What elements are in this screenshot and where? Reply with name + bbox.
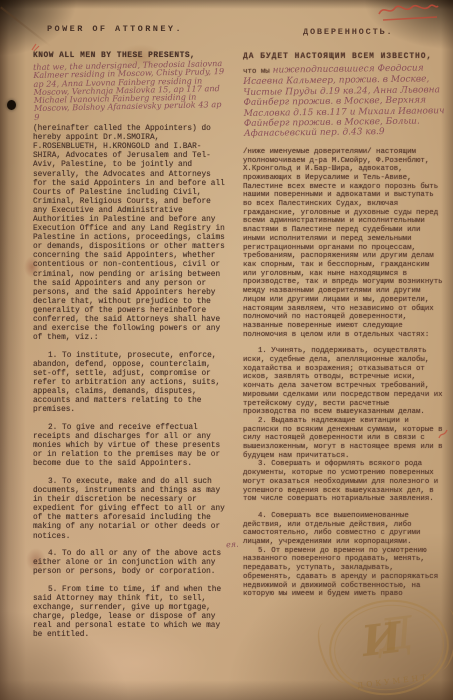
paragraph-4-english: 4. To do all or any of the above acts ei… [33, 550, 227, 577]
scanned-document: POWER OF ATTORNEY. KNOW ALL MEN BY THESE… [0, 0, 453, 700]
hole-punch [7, 100, 16, 110]
handwritten-names-russian: нижеподписавшиеся Феодосия Исаевна Кальм… [243, 63, 444, 139]
paragraph-1-russian: 1. Учинять, поддерживать, осуществлять и… [243, 347, 444, 417]
handwritten-appointers-english: that we, the undersigned, Theodosia Isai… [33, 59, 228, 121]
paragraph-appointment-russian: /ниже именуемые доверителями/ настоящим … [243, 148, 444, 339]
paragraph-5-english: 5. From time to time, if and when the sa… [33, 586, 227, 641]
paragraph-3-russian: 3. Совершать и оформлять всякого рода до… [243, 460, 444, 504]
document-title-russian: ДОВЕРЕННОСТЬ. [303, 27, 444, 37]
paragraph-5-russian: 5. От времени до времени по усмотрению н… [243, 547, 444, 599]
paragraph-appointment-english: (hereinafter called the Appointers) do h… [33, 125, 227, 343]
russian-column: ДОВЕРЕННОСТЬ. ДА БУДЕТ НАСТОЯЩИМ ВСЕМ ИЗ… [243, 27, 444, 599]
handwritten-margin-note: ея. [226, 540, 239, 550]
intro-typed-russian: что мы [243, 68, 270, 76]
paragraph-2-russian: 2. Выдавать надлежащие квитанции и распи… [243, 417, 444, 461]
red-pencil-annotation [374, 1, 444, 23]
paragraph-2-english: 2. To give and receive effectual receipt… [33, 424, 227, 469]
paragraph-3-english: 3. To execute, make and do all such docu… [33, 478, 227, 542]
paragraph-4-russian: 4. Совершать все вышепоименованные дейст… [243, 512, 444, 547]
document-title-english: POWER OF ATTORNEY. [47, 24, 227, 34]
english-column: POWER OF ATTORNEY. KNOW ALL MEN BY THESE… [33, 24, 227, 640]
opening-clause-russian: ДА БУДЕТ НАСТОЯЩИМ ВСЕМ ИЗВЕСТНО, [243, 52, 444, 61]
paragraph-1-english: 1. To institute, prosecute, enforce, aba… [33, 352, 227, 416]
handwritten-appointers-russian: что мы нижеподписавшиеся Феодосия Исаевн… [243, 63, 445, 140]
